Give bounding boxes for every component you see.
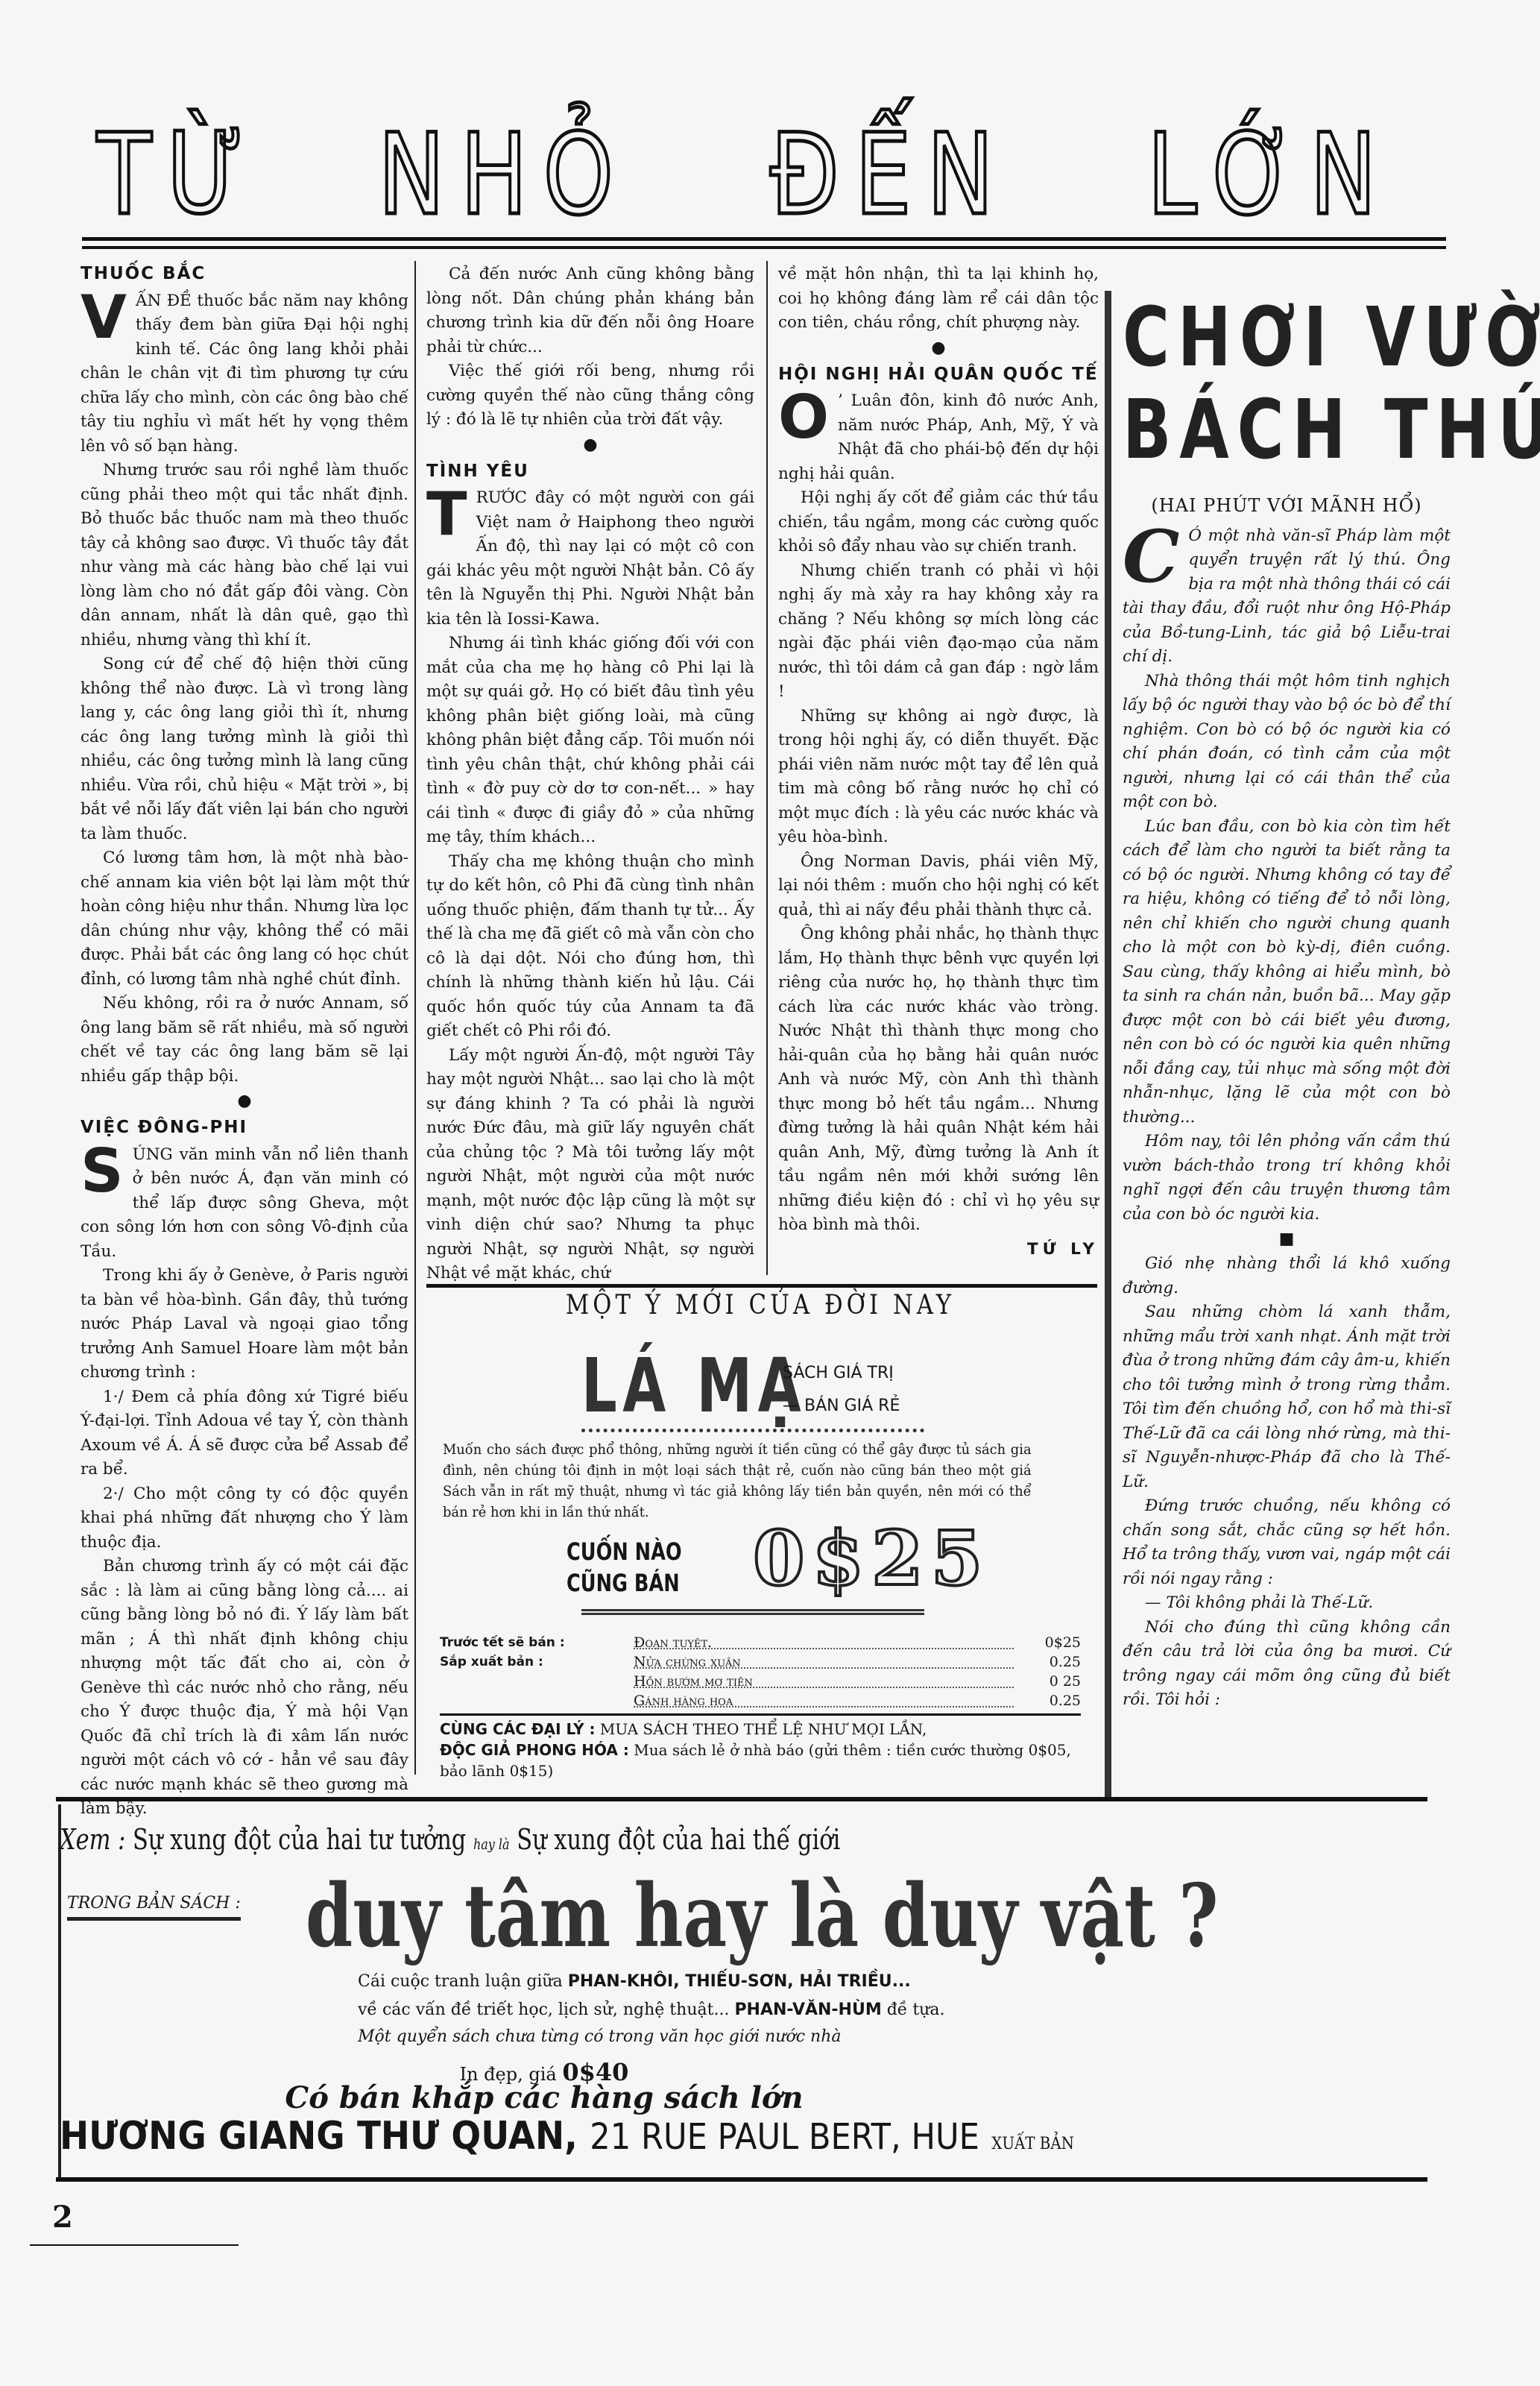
article-paragraph: Ông Norman Davis, phái viên Mỹ, lại nói … [778,850,1099,923]
ornament-icon: ● [81,1092,408,1111]
article-paragraph: Nói cho đúng thì cũng không cần đến câu … [1123,1616,1451,1713]
article-paragraph: Bản chương trình ấy có một cái đặc sắc :… [81,1555,408,1822]
column-divider [766,261,768,1275]
masthead-rule [82,246,1446,249]
ad-line: về các vấn đề triết học, lịch sử, nghệ t… [358,2001,944,2019]
ornament-icon: ● [426,435,754,455]
advertisement-book: Xem : Sự xung đột của hai tư tưởng hay l… [60,1808,1424,2188]
article-paragraph: Sau những chòm lá xanh thẫm, những mẩu t… [1123,1300,1451,1494]
section-heading: VIỆC ĐÔNG-PHI [81,1115,408,1140]
book-list-row: Sắp xuất bản : Nửa chừng xuân 0.25 [440,1652,1081,1672]
publisher-line: HƯƠNG GIANG THƯ QUAN, 21 RUE PAUL BERT, … [60,2114,1074,2159]
footer-rule [30,2244,239,2246]
article-paragraph: Nhà thông thái một hôm tinh nghịch lấy b… [1123,670,1451,815]
article-paragraph: Trong khi ấy ở Genève, ở Paris người ta … [81,1264,408,1385]
drop-cap: C [1123,527,1179,587]
article-paragraph: Nhưng trước sau rồi nghề làm thuốc cũng … [81,459,408,652]
article-paragraph: — Tôi không phải là Thế-Lữ. [1123,1591,1451,1616]
author-signature: TỨ LY [778,1238,1099,1262]
drop-cap: O [778,392,829,443]
feature-subtitle: (HAI PHÚT VỚI MÃNH HỔ) [1123,494,1451,518]
article-paragraph: Việc thế giới rối beng, nhưng rồi cường … [426,359,754,432]
price-value: 0$25 [753,1521,990,1596]
price-label: CUỐN NÀO CŨNG BÁN [567,1536,682,1599]
article-paragraph: Nhưng ái tình khác giống đối với con mắt… [426,632,754,850]
ad-description: Muốn cho sách được phổ thông, những ngườ… [443,1439,1032,1523]
ornament-icon: ■ [1123,1230,1451,1249]
column-3: về mặt hôn nhận, thì ta lại khinh họ, co… [778,262,1099,1262]
advertisement-la-ma: MỘT Ý MỚI CỦA ĐỜI NAY LÁ MẠ SÁCH GIÁ TRỊ… [432,1290,1088,1745]
ad-headline: Xem : Sự xung đột của hai tư tưởng hay l… [60,1823,840,1856]
page-number: 2 [52,2200,73,2235]
wave-divider [581,1423,924,1432]
article-paragraph: TRƯỚC đây có một người con gái Việt nam … [426,486,754,632]
article-paragraph: Lấy một người Ấn-độ, một người Tây hay m… [426,1044,754,1286]
feature-title-line1: CHƠI VƯỜN [1123,291,1378,383]
article-paragraph: Hôm nay, tôi lên phỏng vấn cầm thú vườn … [1123,1130,1451,1227]
ad-availability: Có bán khắp các hàng sách lớn [60,2080,1029,2115]
book-list-row: Gánh hàng hoa 0.25 [440,1691,1081,1710]
masthead-word: ĐẾN [770,119,1009,231]
section-heading: TÌNH YÊU [426,459,754,484]
column-4: CHƠI VƯỜN BÁCH THÚ (HAI PHÚT VỚI MÃNH HỔ… [1123,291,1451,1713]
article-paragraph: Lúc ban đầu, con bò kia còn tìm hết cách… [1123,815,1451,1130]
article-paragraph: SÚNG văn minh vẫn nổ liên thanh ở bên nư… [81,1143,408,1265]
book-list-row: Trước tết sẽ bán : Đoạn tuyệt. 0$25 [440,1633,1081,1652]
ad-line: Một quyển sách chưa từng có trong văn họ… [358,2027,841,2046]
article-paragraph: Những sự không ai ngờ được, là trong hội… [778,705,1099,850]
masthead-word: NHỎ [378,119,629,231]
article-paragraph: Hội nghị ấy cốt để giảm các thứ tầu chiế… [778,486,1099,559]
section-heading: HỘI NGHỊ HẢI QUÂN QUỐC TẾ [778,362,1099,387]
ad-top-border [426,1284,1097,1288]
column-divider [414,261,416,1775]
article-paragraph: Nếu không, rồi ra ở nước Annam, số ông l… [81,992,408,1089]
masthead-word: LỚN [1147,119,1392,231]
feature-title-line2: BÁCH THÚ [1123,383,1378,476]
section-rule [56,1797,1427,1801]
article-paragraph: Có lương tâm hơn, là một nhà bào-chế ann… [81,846,408,992]
book-list-row: Hồn bướm mơ tiên 0 25 [440,1672,1081,1691]
article-paragraph: Nhưng chiến tranh có phải vì hội nghị ấy… [778,559,1099,705]
masthead-word: TỪ [97,119,259,231]
newspaper-page: TỪ NHỎ ĐẾN LỚN THUỐC BẮC VẤN ĐỀ thuốc bắ… [0,0,1540,2386]
article-paragraph: Thấy cha mẹ không thuận cho mình tự do k… [426,850,754,1044]
article-paragraph: Song cứ để chế độ hiện thời cũng không t… [81,652,408,846]
masthead: TỪ NHỎ ĐẾN LỚN [97,104,1454,231]
column-1: THUỐC BẮC VẤN ĐỀ thuốc bắc năm nay không… [81,257,408,1822]
article-paragraph: Đứng trước chuồng, nếu không có chấn son… [1123,1494,1451,1591]
ad-line: Cái cuộc tranh luận giữa PHAN-KHÔI, THIẾ… [358,1972,911,1991]
column-2: Cả đến nước Anh cũng không bằng lòng nốt… [426,262,754,1286]
section-heading: THUỐC BẮC [81,262,408,286]
ad-tagline: MỘT Ý MỚI CỦA ĐỜI NAY [482,1290,1039,1321]
masthead-rule [82,237,1446,241]
article-paragraph: về mặt hôn nhận, thì ta lại khinh họ, co… [778,262,1099,336]
drop-cap: S [81,1146,124,1197]
drop-cap: T [426,489,467,540]
book-title: duy tâm hay là duy vật ? [306,1872,1218,1961]
wave-divider [581,1603,924,1615]
column-divider-thick [1105,291,1111,1797]
article-paragraph: Gió nhẹ nhàng thổi lá khô xuống đường. [1123,1252,1451,1300]
section-rule [56,2177,1427,2182]
ad-rule [440,1713,1081,1716]
article-paragraph: Ông không phải nhắc, họ thành thực lắm, … [778,922,1099,1238]
article-paragraph: O’ Luân đôn, kinh đô nước Anh, năm nước … [778,389,1099,486]
ornament-icon: ● [778,339,1099,358]
article-paragraph: 1·/ Đem cả phía đông xứ Tigré biếu Ý-đại… [81,1385,408,1482]
ad-brand: LÁ MẠ [581,1342,807,1429]
drop-cap: V [81,292,127,343]
article-paragraph: 2·/ Cho một công ty có độc quyền khai ph… [81,1482,408,1555]
ad-agents-note: CÙNG CÁC ĐẠI LÝ : MUA SÁCH THEO THỂ LỆ N… [440,1719,1081,1781]
article-paragraph: CÓ một nhà văn-sĩ Pháp làm một quyển tru… [1123,524,1451,670]
ad-slogan: SÁCH GIÁ TRỊ — BÁN GIÁ RẺ [783,1357,900,1423]
ad-intro: TRONG BẢN SÁCH : [67,1894,241,1921]
article-paragraph: VẤN ĐỀ thuốc bắc năm nay không thấy đem … [81,289,408,459]
book-list: Trước tết sẽ bán : Đoạn tuyệt. 0$25 Sắp … [440,1633,1081,1710]
article-paragraph: Cả đến nước Anh cũng không bằng lòng nốt… [426,262,754,359]
